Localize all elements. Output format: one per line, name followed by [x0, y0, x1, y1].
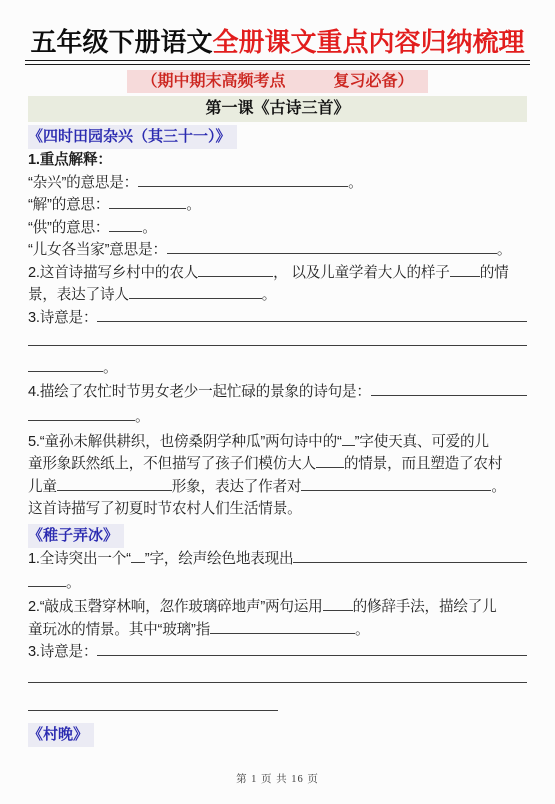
question-text: 。 [186, 194, 200, 217]
section-heading: 《稚子弄冰》 [28, 524, 527, 548]
doc-title-grade: 五年级下册语文 [30, 27, 212, 57]
text-line: ​。 [28, 570, 527, 596]
answer-blank [109, 195, 186, 209]
text-line: ​3.诗意是： [28, 641, 527, 664]
question-text: 。 [262, 284, 276, 307]
question-text: 1.重点解释： [28, 149, 112, 172]
question-text: 3.诗意是： [28, 641, 97, 664]
question-text: 。 [355, 619, 369, 642]
question-text: “杂兴”的意思是： [28, 172, 138, 195]
text-line: ​“供”的意思：。 [28, 217, 527, 240]
question-text: 这首诗描写了初夏时节农村人们生活情景。 [28, 498, 301, 521]
question-text: 2.“敲成玉磬穿林响，忽作玻璃碎地声”两句运用 [28, 596, 323, 619]
question-text: 的情景，而且塑造了农村 [344, 453, 502, 476]
text-line: ​1.全诗突出一个“”字，绘声绘色地表现出 [28, 548, 527, 571]
answer-blank [323, 597, 353, 611]
answer-blank [97, 642, 527, 656]
text-line: ​童玩冰的情景。其中“玻璃”指。 [28, 619, 527, 642]
question-text: 的情 [480, 262, 509, 285]
text-line: ​4.描绘了农忙时节男女老少一起忙碌的景象的诗句是： [28, 381, 527, 404]
text-line: ​ [28, 694, 527, 720]
answer-blank [28, 669, 527, 683]
answer-blank [293, 549, 527, 563]
text-line: ​1.重点解释： [28, 149, 527, 172]
section-heading-label: 《村晚》 [28, 723, 94, 747]
text-line: ​“儿女各当家”意思是：。 [28, 239, 527, 262]
question-text: 1.全诗突出一个“ [28, 548, 131, 571]
worksheet-page: 五年级下册语文全册课文重点内容归纳梳理 （期中期末高频考点 复习必备） 第一课《… [0, 0, 555, 804]
page-number: 第 1 页 共 16 页 [0, 771, 555, 786]
question-text: 2.这首诗描写乡村中的农人 [28, 262, 198, 285]
answer-blank [57, 477, 172, 491]
text-line: ​3.诗意是： [28, 307, 527, 330]
question-text: 。 [66, 570, 80, 596]
answer-blank [28, 407, 135, 421]
answer-blank [97, 308, 527, 322]
answer-blank [28, 697, 278, 711]
answer-blank [301, 477, 491, 491]
question-text: 形象，表达了作者对 [172, 476, 302, 499]
lesson-header: 第一课《古诗三首》 [28, 96, 527, 122]
text-line: ​童形象跃然纸上，不但描写了孩子们模仿大人的情景，而且塑造了农村 [28, 453, 527, 476]
question-text: 童形象跃然纸上，不但描写了孩子们模仿大人 [28, 453, 316, 476]
doc-title-subject: 全册课文重点内容归纳梳理 [213, 27, 525, 57]
question-text: ， 以及儿童学着大人的样子 [273, 262, 450, 285]
answer-blank [28, 573, 66, 587]
section-heading: 《四时田园杂兴（其三十一）》 [28, 125, 527, 149]
answer-blank [28, 332, 527, 346]
question-text: “儿女各当家”意思是： [28, 239, 167, 262]
question-text: 景，表达了诗人 [28, 284, 129, 307]
banner-row: （期中期末高频考点 复习必备） [0, 70, 555, 93]
content: 《四时田园杂兴（其三十一）》​1.重点解释：​“杂兴”的意思是：。​“解”的意思… [28, 125, 527, 747]
answer-blank [198, 263, 273, 277]
answer-blank [450, 263, 480, 277]
question-text: 。 [142, 217, 156, 240]
question-text: 。 [348, 172, 362, 195]
text-line: ​“解”的意思：。 [28, 194, 527, 217]
question-text: 3.诗意是： [28, 307, 97, 330]
answer-blank [210, 620, 355, 634]
question-text: 4.描绘了农忙时节男女老少一起忙碌的景象的诗句是： [28, 381, 371, 404]
question-text: 儿童 [28, 476, 57, 499]
answer-blank [138, 173, 348, 187]
text-line: ​ [28, 664, 527, 694]
answer-blank [129, 285, 262, 299]
question-text: ”字使天真、可爱的儿 [355, 431, 489, 454]
title-double-underline [25, 60, 530, 65]
question-text: ”字，绘声绘色地表现出 [145, 548, 294, 571]
question-text: 5.“童孙未解供耕织，也傍桑阴学种瓜”两句诗中的“ [28, 431, 342, 454]
section-heading-label: 《稚子弄冰》 [28, 524, 124, 548]
answer-blank [131, 549, 145, 563]
answer-blank [28, 358, 103, 372]
answer-blank [167, 240, 497, 254]
question-text: 的修辞手法，描绘了儿 [353, 596, 497, 619]
answer-blank [371, 382, 527, 396]
text-line: ​5.“童孙未解供耕织，也傍桑阴学种瓜”两句诗中的“”字使天真、可爱的儿 [28, 431, 527, 454]
question-text: 。 [135, 404, 149, 431]
question-text: 童玩冰的情景。其中“玻璃”指 [28, 619, 210, 642]
text-line: ​景，表达了诗人。 [28, 284, 527, 307]
text-line: ​这首诗描写了初夏时节农村人们生活情景。 [28, 498, 527, 521]
text-line: ​儿童形象，表达了作者对。 [28, 476, 527, 499]
text-line: ​ [28, 329, 527, 356]
text-line: ​2.这首诗描写乡村中的农人， 以及儿童学着大人的样子的情 [28, 262, 527, 285]
question-text: 。 [497, 239, 511, 262]
text-line: ​2.“敲成玉磬穿林响，忽作玻璃碎地声”两句运用的修辞手法，描绘了儿 [28, 596, 527, 619]
question-text: 。 [103, 356, 117, 381]
text-line: ​。 [28, 356, 527, 381]
text-line: ​。 [28, 404, 527, 431]
text-line: ​“杂兴”的意思是：。 [28, 172, 527, 195]
question-text: “供”的意思： [28, 217, 109, 240]
section-heading-label: 《四时田园杂兴（其三十一）》 [28, 125, 237, 149]
answer-blank [342, 432, 355, 446]
question-text: 。 [491, 476, 505, 499]
answer-blank [109, 218, 142, 232]
answer-blank [316, 454, 344, 468]
exam-banner: （期中期末高频考点 复习必备） [127, 70, 427, 93]
section-heading: 《村晚》 [28, 723, 527, 747]
doc-title: 五年级下册语文全册课文重点内容归纳梳理 [27, 26, 528, 58]
question-text: “解”的意思： [28, 194, 109, 217]
